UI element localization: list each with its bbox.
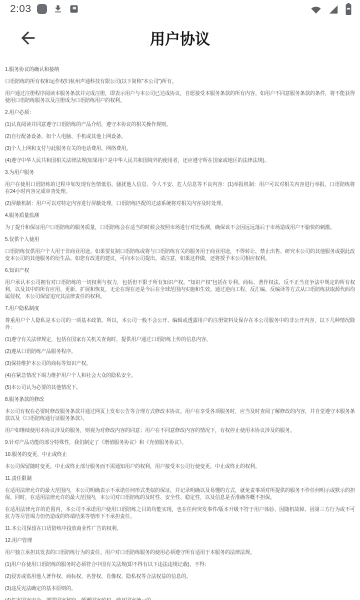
header: 用户协议: [0, 17, 360, 59]
section-heading: 10.服务的变更、中止或终止: [5, 452, 355, 459]
section-heading: 4.服务质量监测: [5, 213, 355, 220]
agreement-paragraph: 尊重用户个人隐私是本公司的一项基本政策。所以，本公司一般不会公开、编辑或透露用户…: [5, 318, 355, 332]
agreement-paragraph: (3)保持维护本公司的商标等知识产权。: [5, 361, 355, 368]
agreement-paragraph: 用户承认本公司拥有对口语陪练的一切权利与权力，包括但不限于所有知识产权。"知识产…: [5, 280, 355, 301]
agreement-paragraph: (4)遵守中华人民共和国相关法律法规(如果用户是中华人民共和国境外的使用者，还应…: [5, 158, 355, 165]
signal-icon: [328, 4, 339, 15]
agreement-paragraph: (1)遵守有关法律规定，包括在国家有关机关查询时，提供用户通过口语陪练上传的信息…: [5, 337, 355, 344]
section-heading: 7.用户隐私制度: [5, 306, 355, 313]
agreement-paragraph: (4)在紧急情况下竭力维护用户个人和社会大众的隐私安全。: [5, 373, 355, 380]
battery-icon: [345, 3, 352, 15]
section-heading: 1.服务协议的确认和接纳: [5, 67, 355, 74]
agreement-paragraph: 用户如继续使用本协议涉及的服务，则视为对修改内容的同意；用户在不同意修改内容的情…: [5, 428, 355, 435]
section-heading: 2.用户必须：: [5, 110, 355, 117]
screenshot-icon: [69, 4, 79, 14]
status-bar: 2:03: [0, 0, 360, 17]
agreement-paragraph: 本公司有权在必要时修改服务条款并通过网页上发布公告等合理方式修改本协议。用户在享…: [5, 409, 355, 423]
agreement-paragraph: 为了提升和保证用户口语陪练的服务质量，口语陪练会在适当的时候会按照市场进行对比检…: [5, 225, 355, 232]
section-heading: 12.用户管理: [5, 538, 355, 545]
agreement-content[interactable]: 1.服务协议的确认和接纳口语陪练的所有权和运作权归杭州声通科技有限公司(以下简称…: [0, 59, 360, 600]
agreement-paragraph: (1)用户在使用口语陪练的服务时必须符合中国有关法规(即不得有以下违法违规记载)…: [5, 562, 355, 569]
notification-app-icon: [37, 4, 47, 14]
section-heading: 3.为用户服务: [5, 170, 355, 177]
wifi-icon: [310, 4, 322, 15]
agreement-paragraph: (2)侵害或盗用他人著作权、商标权、名誉权、肖像权、隐私权等合法权益的信息的。: [5, 574, 355, 581]
section-heading: 11.责任限制: [5, 476, 355, 483]
agreement-paragraph: 9.针对产品功能的部分特殊性，我们制定了《增值服务协议》和《充值服务协议》。: [5, 440, 355, 447]
back-button[interactable]: [16, 26, 40, 50]
agreement-paragraph: (5)本公司认为必要的其他情况下。: [5, 385, 355, 392]
page-title: 用户协议: [0, 28, 360, 49]
agreement-paragraph: (3)违反宪法确定的基本原则的。: [5, 586, 355, 593]
agreement-paragraph: 11.本公司保留在口语陪练中投放商业性广告的权利。: [5, 526, 355, 533]
arrow-left-icon: [18, 28, 38, 48]
agreement-paragraph: 在适用法律允许的最大范围内，本公司明确表示不承诺任何形式类似的保证，并记录明确以…: [5, 488, 355, 502]
agreement-paragraph: 在适用法律允许的范围内，本公司不承诺用户使用口语陪练之目的均能实现，也在任何突发…: [5, 507, 355, 521]
agreement-paragraph: 口语陪练仅供用户个人用于非商业用途。如果要复制口语陪练或将与口语陪练有关的服务用…: [5, 249, 355, 263]
agreement-paragraph: (2)遵从口语陪练产品服务程序。: [5, 349, 355, 356]
status-time: 2:03: [10, 3, 31, 15]
section-heading: 8.服务条款的修改: [5, 397, 355, 404]
agreement-paragraph: 用户通过注册程序阅读本服务条款并完成注册，即表示用户与本公司已达成协议，自愿接受…: [5, 91, 355, 105]
agreement-paragraph: (1)认真阅读并同意遵守口语陪练的产品介绍，遵守本协议的相关操作规则。: [5, 122, 355, 129]
section-heading: 5.仅供个人使用: [5, 237, 355, 244]
agreement-paragraph: 用户独立承担其发表的口语陪练行为的责任。用户对口语陪练服务的使用必须遵守所有适用…: [5, 550, 355, 557]
agreement-paragraph: 本公司保留随时变更、中止或终止部分服务而不需通知用户的权利，用户接受本公司行使变…: [5, 464, 355, 471]
agreement-paragraph: (2)自行配备设备，如个人电脑、手机或其他上网设备。: [5, 134, 355, 141]
section-heading: 6.知识产权: [5, 268, 355, 275]
agreement-paragraph: (2)屏蔽机制：用户可以对特定内容进行屏蔽处理，口语陪练匹配的过滤系统将对相关内…: [5, 201, 355, 208]
agreement-paragraph: 口语陪练的所有权和运作权归杭州声通科技有限公司(以下简称"本公司")所有。: [5, 79, 355, 86]
agreement-paragraph: (3)个人上网和支付与此服务有关的电话费用、网络费用。: [5, 146, 355, 153]
user-agreement-screen: 2:03 用户协议 1.服务协议的确认和接纳口语陪练的所有权和运作权归杭州声通科…: [0, 0, 360, 600]
download-icon: [53, 4, 63, 14]
agreement-paragraph: 用户在使用口语陪练的过程中如发现有色情低俗、骚扰他人信息、令人不安、危人信息等不…: [5, 182, 355, 196]
